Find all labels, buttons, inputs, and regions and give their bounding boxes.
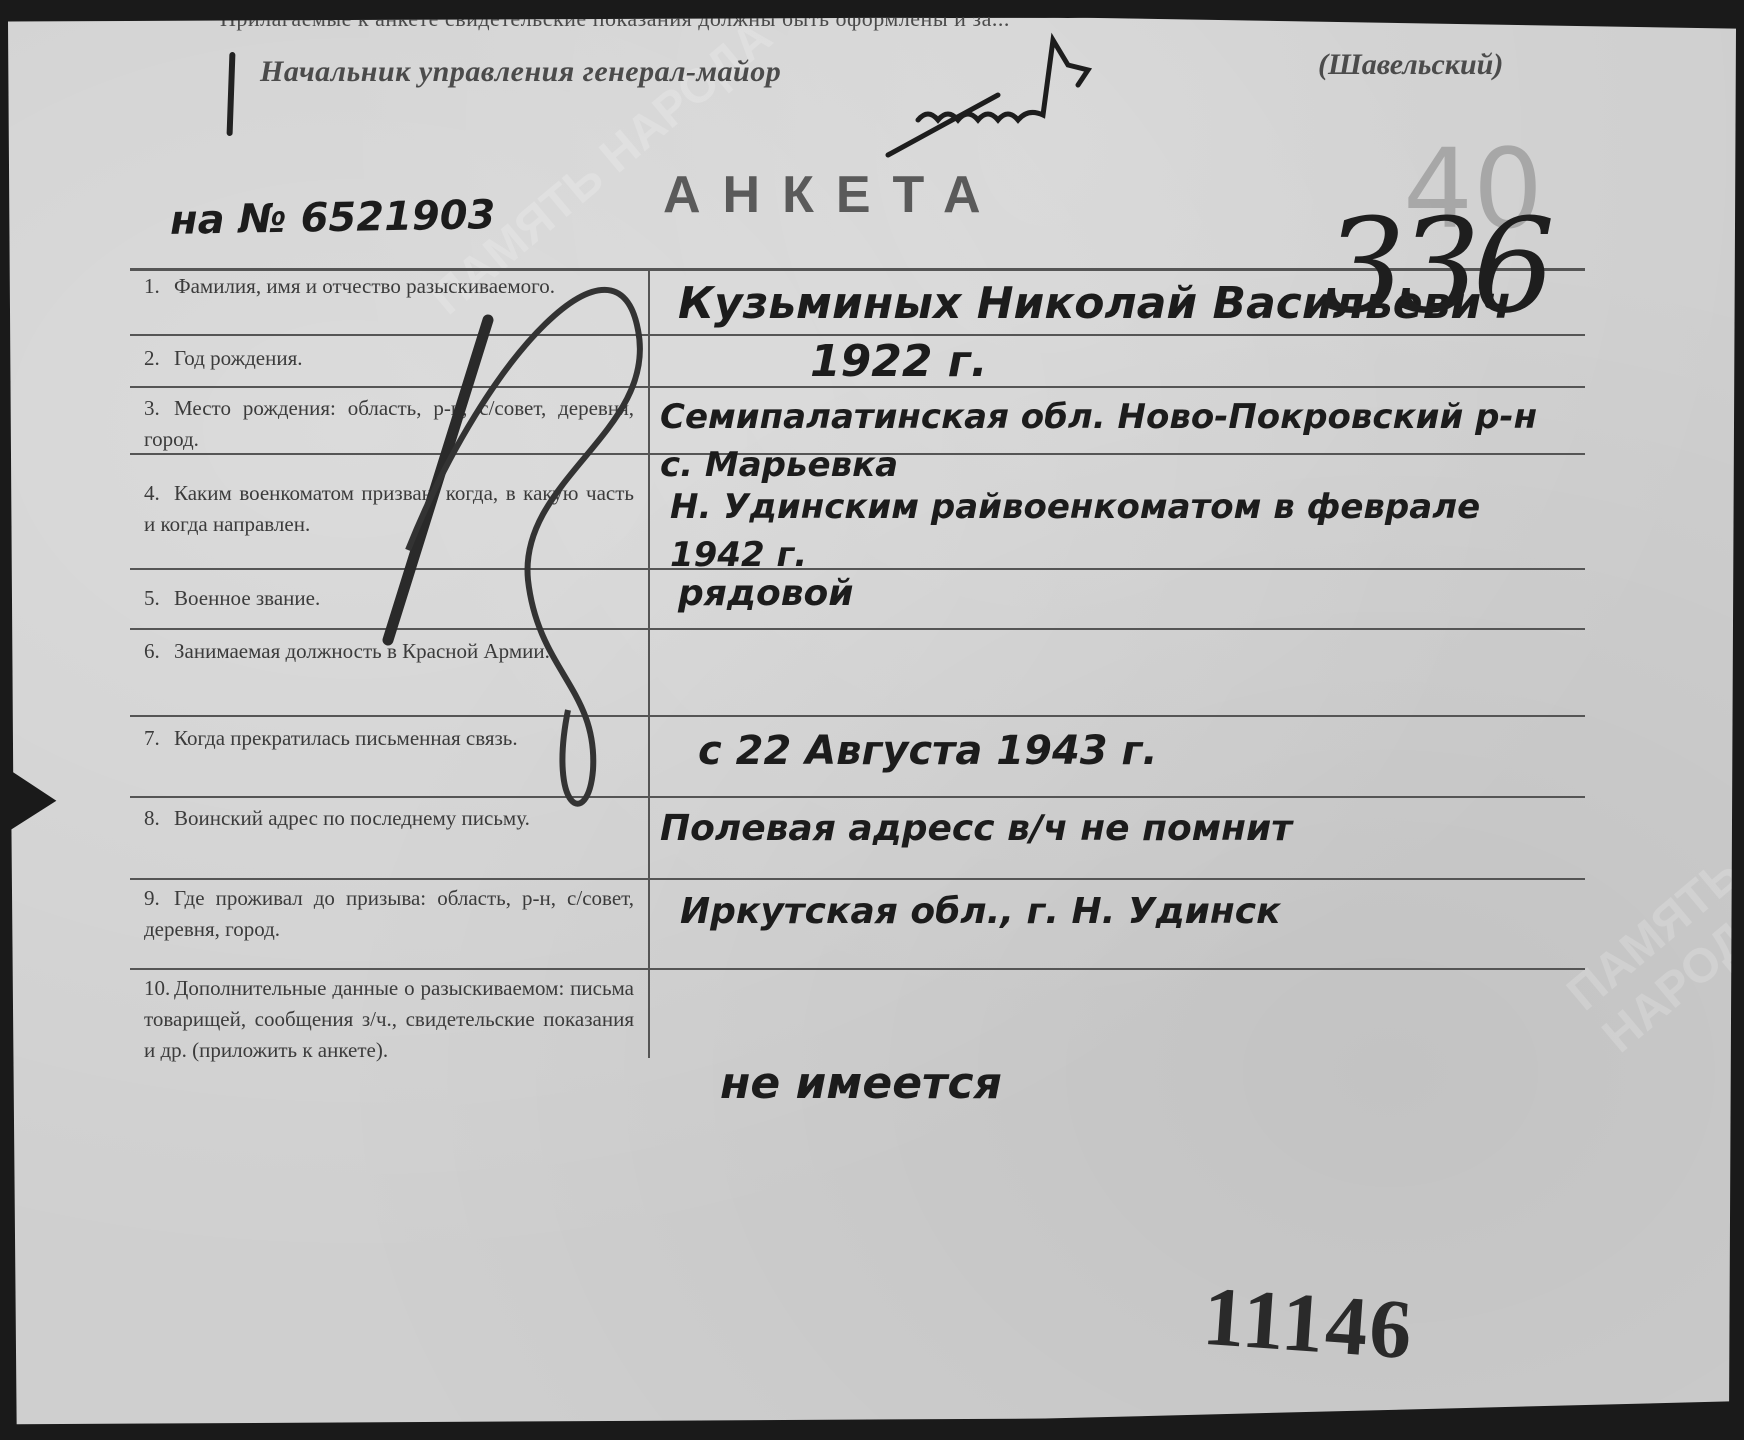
- answer-9: Иркутская обл., г. Н. Удинск: [680, 888, 1440, 936]
- signature: [878, 25, 1238, 165]
- chief-title: Начальник управления генерал-майор: [260, 55, 781, 89]
- document-page: ПАМЯТЬ НАРОДА ПАМЯТЬ НАРОДА Прилагаемые …: [8, 0, 1736, 1430]
- question-9: 9.Где проживал до призыва: область, р-н,…: [144, 883, 634, 945]
- answer-3: Семипалатинская обл. Ново-Покровский р-н…: [660, 393, 1560, 489]
- scan-border: [8, 0, 1736, 18]
- answer-7: с 22 Августа 1943 г.: [698, 728, 1158, 774]
- answer-5: рядовой: [678, 573, 853, 614]
- chief-name: (Шавельский): [1318, 48, 1503, 82]
- answer-2: 1922 г.: [810, 336, 987, 387]
- reference-number: на № 6521903: [170, 192, 496, 244]
- answer-4: Н. Удинским райвоенкоматом в феврале 194…: [670, 483, 1570, 579]
- answer-8: Полевая адресс в/ч не помнит: [660, 808, 1292, 849]
- question-10: 10.Дополнительные данные о разыскиваемом…: [144, 973, 634, 1066]
- stamp-number-top: 336: [1323, 190, 1547, 342]
- form-title: АНКЕТА: [663, 165, 1003, 225]
- margin-mark: [227, 52, 236, 136]
- pencil-mark: [368, 250, 668, 830]
- stamp-number-bottom: 11146: [1200, 1268, 1417, 1379]
- answer-10: не имеется: [720, 1058, 1002, 1109]
